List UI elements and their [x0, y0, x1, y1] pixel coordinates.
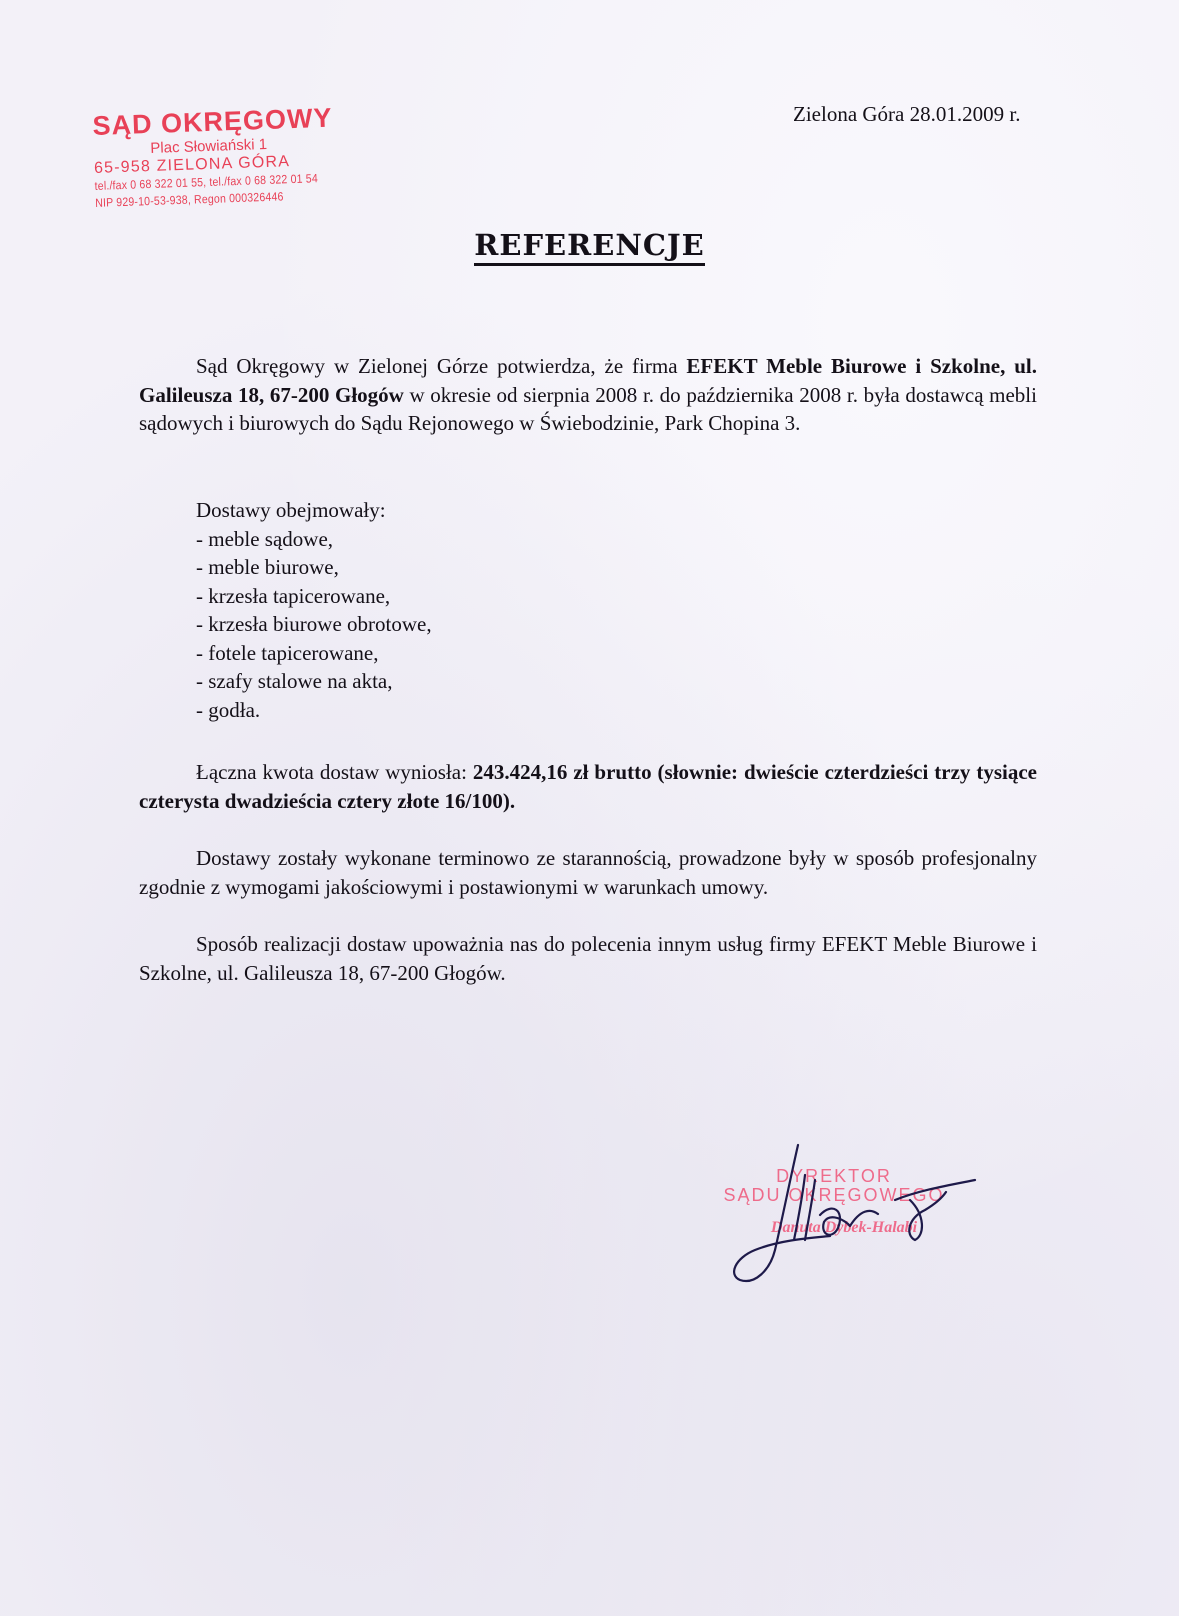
list-item: - krzesła tapicerowane, — [196, 582, 432, 611]
paragraph-amount: Łączna kwota dostaw wyniosła: 243.424,16… — [139, 758, 1037, 815]
paragraph-quality: Dostawy zostały wykonane terminowo ze st… — [139, 844, 1037, 901]
p4-text: Sposób realizacji dostaw upoważnia nas d… — [139, 930, 1037, 987]
list-item: - meble biurowe, — [196, 553, 432, 582]
letter-date: Zielona Góra 28.01.2009 r. — [793, 102, 1020, 127]
paragraph-confirmation: Sąd Okręgowy w Zielonej Górze potwierdza… — [139, 352, 1037, 438]
p3-text: Dostawy zostały wykonane terminowo ze st… — [139, 844, 1037, 901]
paragraph-recommendation: Sposób realizacji dostaw upoważnia nas d… — [139, 930, 1037, 987]
deliveries-list: - meble sądowe, - meble biurowe, - krzes… — [196, 525, 432, 725]
list-item: - fotele tapicerowane, — [196, 639, 432, 668]
list-item: - meble sądowe, — [196, 525, 432, 554]
p1-lead: Sąd Okręgowy w Zielonej Górze potwierdza… — [196, 354, 686, 378]
p2-lead: Łączna kwota dostaw wyniosła: — [196, 760, 473, 784]
document-title: REFERENCJE — [0, 228, 1179, 263]
handwritten-signature — [720, 1140, 980, 1290]
court-header-stamp: SĄD OKRĘGOWY Plac Słowiański 1 65-958 ZI… — [92, 100, 375, 212]
deliveries-heading: Dostawy obejmowały: — [196, 496, 432, 525]
document-title-text: REFERENCJE — [474, 228, 705, 266]
list-item: - szafy stalowe na akta, — [196, 667, 432, 696]
list-item: - godła. — [196, 696, 432, 725]
deliveries-list-section: Dostawy obejmowały: - meble sądowe, - me… — [196, 496, 432, 724]
list-item: - krzesła biurowe obrotowe, — [196, 610, 432, 639]
